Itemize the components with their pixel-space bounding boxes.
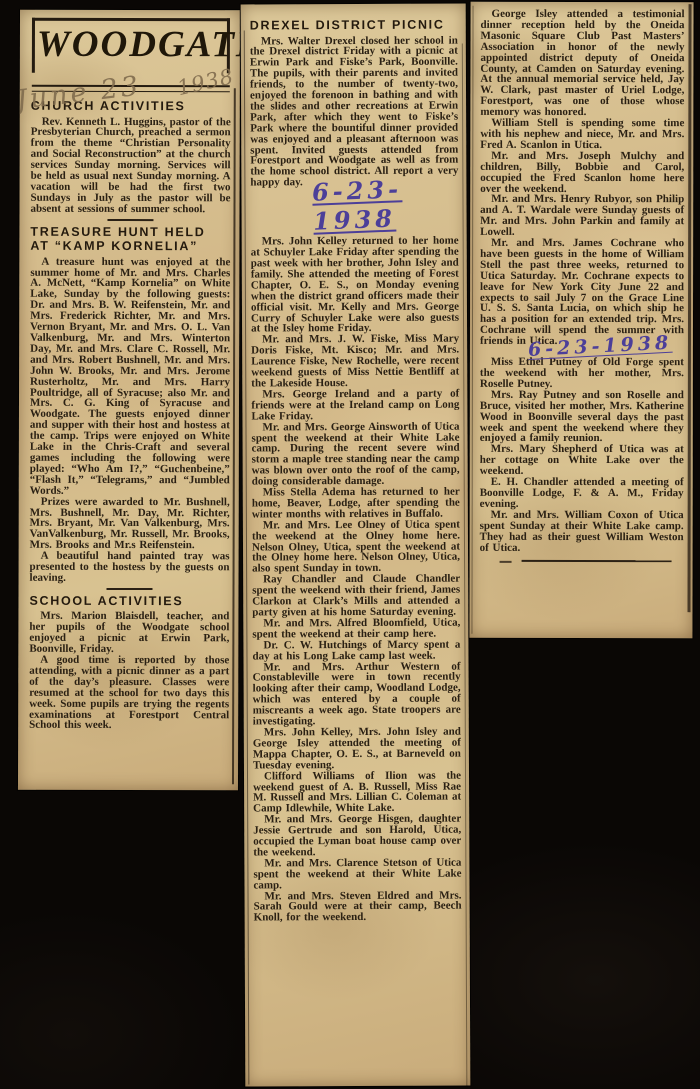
news-paragraph: Mr. and Mrs. J. W. Fiske, Miss Mary Dori…	[251, 334, 459, 389]
section-heading: SCHOOL ACTIVITIES	[29, 594, 229, 609]
news-paragraph: E. H. Chandler attended a meeting of Boo…	[480, 477, 684, 510]
news-paragraph: Mr. and Mrs. James Cochrane who have bee…	[480, 238, 684, 347]
news-paragraph: Mr. and Mrs. George Hisgen, daughter Jes…	[253, 814, 461, 859]
news-paragraph: Mr. and Mrs. Arthur Western of Constable…	[253, 661, 461, 727]
section-divider-rule	[107, 588, 153, 590]
news-paragraph: Mr. and Mrs. Henry Rubyor, son Philip an…	[480, 194, 684, 238]
article-text-column: DREXEL DISTRICT PICNICMrs. Walter Drexel…	[250, 18, 462, 924]
masthead-double-rule	[32, 85, 230, 93]
news-paragraph: William Stell is spending some time with…	[480, 118, 684, 151]
news-paragraph: Clifford Williams of Ilion was the weeke…	[253, 770, 461, 815]
news-paragraph: Mr. and Mrs. Joseph Mulchy and children,…	[480, 151, 684, 195]
news-paragraph: Mr. and Mrs. William Coxon of Utica spen…	[480, 510, 684, 554]
masthead-title-box: WOODGATE	[32, 18, 230, 74]
section-heading: CHURCH ACTIVITIES	[31, 99, 231, 114]
news-paragraph: Dr. C. W. Hutchings of Marcy spent a day…	[252, 639, 460, 662]
news-paragraph: Mr. and Mrs. Alfred Bloomfield, Utica, s…	[252, 617, 460, 640]
clipping-edge-rule	[687, 4, 691, 612]
clipping-woodgate-column: WOODGATE June 23 1938 CHURCH ACTIVITIESR…	[18, 10, 240, 791]
news-paragraph: Prizes were awarded to Mr. Bushnell, Mrs…	[30, 496, 230, 551]
news-paragraph: Mr. and Mrs. Clarence Stetson of Utica s…	[253, 857, 461, 891]
section-heading: TREASURE HUNT HELD AT “KAMP KORNELIA”	[30, 224, 230, 254]
news-paragraph: Mr. and Mrs. Lee Olney of Utica spent th…	[252, 519, 460, 574]
news-paragraph: Mr. and Mrs. George Ainsworth of Utica s…	[251, 421, 459, 487]
news-paragraph: Miss Ethel Putney of Old Forge spent the…	[480, 357, 684, 390]
news-paragraph: Mr. and Mrs. Steven Eldred and Mrs. Sara…	[254, 890, 462, 924]
news-paragraph: Ray Chandler and Claude Chandler spent t…	[252, 574, 460, 619]
news-paragraph: George Isley attended a testimonial dinn…	[480, 9, 684, 118]
article-end-rule	[522, 560, 672, 562]
news-paragraph: Mrs. Ray Putney and son Roselle and Bruc…	[480, 390, 684, 445]
news-paragraph: Mrs. Walter Drexel closed her school in …	[250, 35, 459, 189]
clipping-drexel-column: DREXEL DISTRICT PICNICMrs. Walter Drexel…	[241, 4, 471, 1087]
news-paragraph: Mrs. Mary Shepherd of Utica was at her c…	[480, 444, 684, 477]
news-paragraph: Mrs. John Kelley, Mrs. John Isley and Ge…	[253, 727, 461, 772]
section-heading: DREXEL DISTRICT PICNIC	[250, 18, 458, 33]
scanned-newspaper-page: { "page": {"background": "#0a0705", "pap…	[0, 0, 700, 1089]
news-paragraph: Mrs. John Kelley returned to her home at…	[251, 236, 459, 335]
clipping-social-notes-column: George Isley attended a testimonial dinn…	[469, 2, 693, 638]
news-paragraph: A beautiful hand painted tray was presen…	[30, 551, 230, 584]
news-paragraph: A treasure hunt was enjoyed at the summe…	[30, 256, 231, 496]
article-text-column: George Isley attended a testimonial dinn…	[480, 9, 685, 563]
news-paragraph: A good time is reported by those attendi…	[29, 655, 229, 732]
news-paragraph: Miss Stella Adema has returned to her ho…	[252, 487, 460, 521]
news-paragraph: Mrs. Marion Blaisdell, teacher, and her …	[29, 611, 229, 655]
article-text-column: CHURCH ACTIVITIESRev. Kenneth L. Huggins…	[29, 99, 231, 732]
masthead-title: WOODGATE	[37, 24, 240, 66]
news-paragraph: Rev. Kenneth L. Huggins, pastor of the P…	[30, 116, 230, 215]
news-paragraph: Mrs. George Ireland and a party of frien…	[251, 388, 459, 422]
section-divider-rule	[107, 219, 153, 221]
